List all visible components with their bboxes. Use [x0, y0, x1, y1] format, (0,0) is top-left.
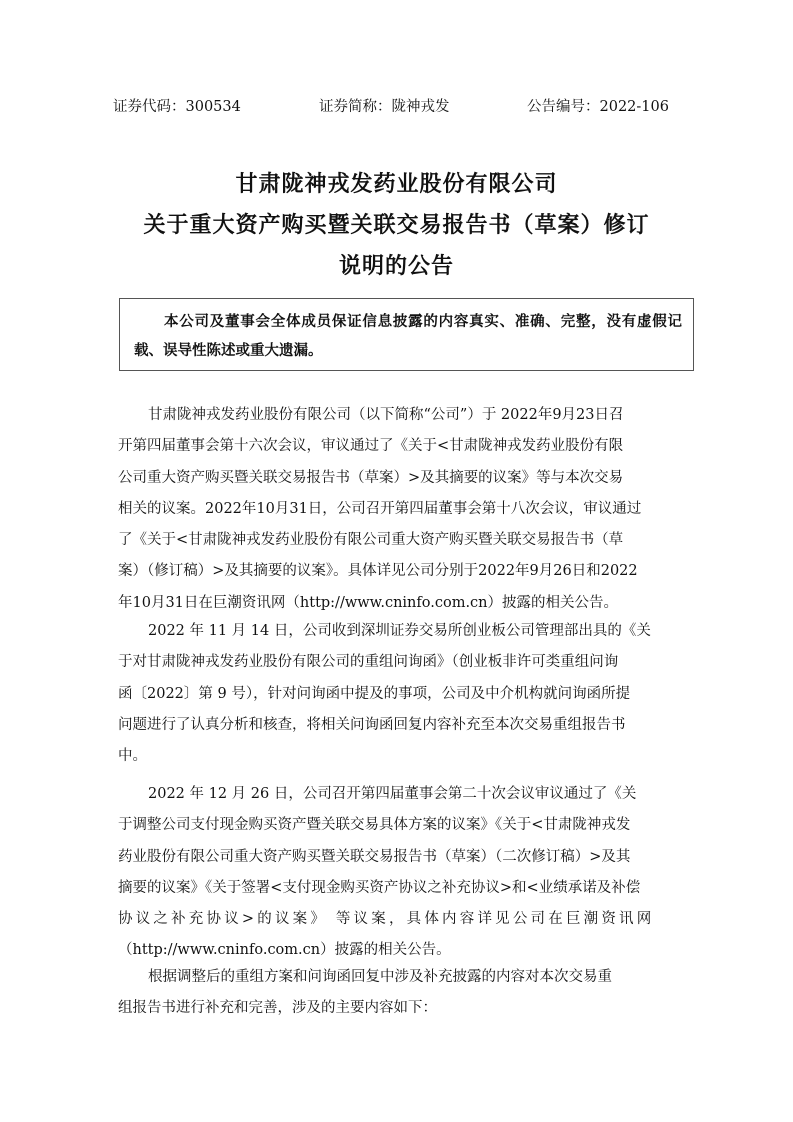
- text-line: 案）（修订稿）>及其摘要的议案》。具体详见公司分别于2022年9月26日和202…: [118, 556, 690, 587]
- text-line: 于调整公司支付现金购买资产暨关联交易具体方案的议案》《关于<甘肃陇神戎发: [118, 810, 690, 841]
- text-line: 中。: [118, 741, 690, 772]
- text-line: 函〔2022〕第 9 号），针对问询函中提及的事项，公司及中介机构就问询函所提: [118, 679, 690, 710]
- text-line: 于对甘肃陇神戎发药业股份有限公司的重组问询函》（创业板非许可类重组问询: [118, 647, 690, 678]
- announcement-number: 公告编号：2022-106: [527, 95, 669, 116]
- text-line: 问题进行了认真分析和核查，将相关问询函回复内容补充至本次交易重组报告书: [118, 710, 690, 741]
- text-line: 2022 年 11 月 14 日，公司收到深圳证券交易所创业板公司管理部出具的《…: [118, 616, 690, 647]
- title-suffix: 说明的公告: [0, 249, 793, 280]
- text-line: 药业股份有限公司重大资产购买暨关联交易报告书（草案）（二次修订稿）>及其: [118, 842, 690, 873]
- text-line: 开第四届董事会第十六次会议，审议通过了《关于<甘肃陇神戎发药业股份有限: [118, 431, 690, 462]
- text-line: 组报告书进行补充和完善，涉及的主要内容如下：: [118, 993, 690, 1024]
- paragraph-twentieth-meeting: 2022 年 12 月 26 日，公司召开第四届董事会第二十次会议审议通过了《关…: [118, 779, 690, 967]
- text-line: 年10月31日在巨潮资讯网（http://www.cninfo.com.cn）披…: [118, 588, 690, 619]
- title-subject: 关于重大资产购买暨关联交易报告书（草案）修订: [0, 208, 793, 239]
- text-line: 根据调整后的重组方案和问询函回复中涉及补充披露的内容对本次交易重: [118, 962, 690, 993]
- paragraph-board-meetings: 甘肃陇神戎发药业股份有限公司（以下简称“公司”）于 2022年9月23日召 开第…: [118, 400, 690, 619]
- document-header: 证券代码：300534 证券简称：陇神戎发 公告编号：2022-106: [113, 95, 683, 117]
- text-line: 协议之补充协议>的议案》 等议案，具体内容详见公司在巨潮资讯网: [118, 904, 690, 935]
- text-line: 2022 年 12 月 26 日，公司召开第四届董事会第二十次会议审议通过了《关: [118, 779, 690, 810]
- text-line: 了《关于<甘肃陇神戎发药业股份有限公司重大资产购买暨关联交易报告书（草: [118, 525, 690, 556]
- text-line: 摘要的议案》《关于签署<支付现金购买资产协议之补充协议>和<业绩承诺及补偿: [118, 873, 690, 904]
- disclosure-notice-text: 本公司及董事会全体成员保证信息披露的内容真实、准确、完整，没有虚假记载、误导性陈…: [134, 308, 682, 366]
- paragraph-inquiry-letter: 2022 年 11 月 14 日，公司收到深圳证券交易所创业板公司管理部出具的《…: [118, 616, 690, 772]
- text-line: 甘肃陇神戎发药业股份有限公司（以下简称“公司”）于 2022年9月23日召: [118, 400, 690, 431]
- stock-code: 证券代码：300534: [113, 95, 241, 116]
- text-line: 公司重大资产购买暨关联交易报告书（草案）>及其摘要的议案》等与本次交易: [118, 463, 690, 494]
- stock-short-name: 证券简称：陇神戎发: [319, 95, 450, 116]
- paragraph-revision-summary: 根据调整后的重组方案和问询函回复中涉及补充披露的内容对本次交易重 组报告书进行补…: [118, 962, 690, 1025]
- title-company: 甘肃陇神戎发药业股份有限公司: [0, 167, 793, 198]
- disclosure-notice-box: 本公司及董事会全体成员保证信息披露的内容真实、准确、完整，没有虚假记载、误导性陈…: [119, 298, 694, 371]
- text-line: 相关的议案。2022年10月31日，公司召开第四届董事会第十八次会议，审议通过: [118, 494, 690, 525]
